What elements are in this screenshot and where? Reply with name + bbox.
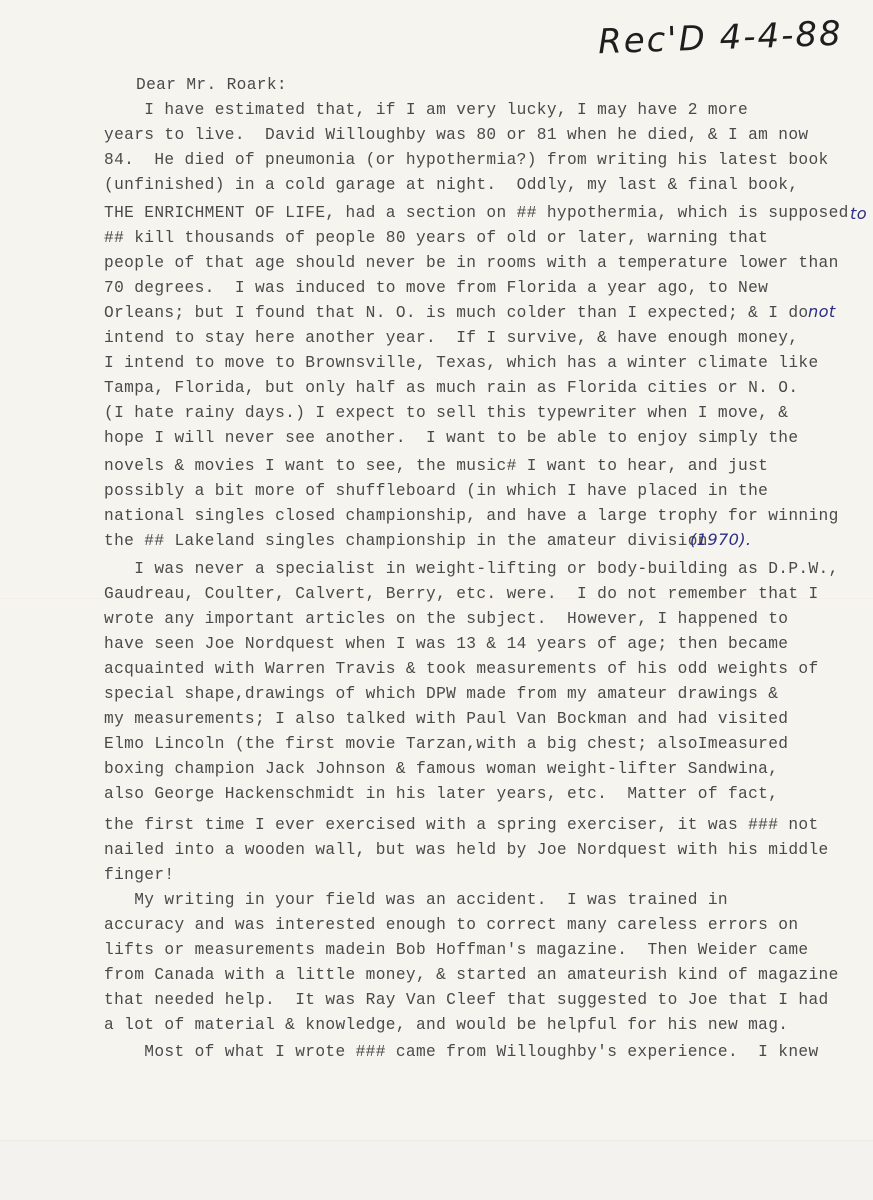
body-line: ## kill thousands of people 80 years of … [104, 229, 768, 247]
body-line: special shape,drawings of which DPW made… [104, 685, 778, 703]
body-line: the ## Lakeland singles championship in … [104, 532, 708, 550]
received-stamp: Rec'D 4-4-88 [597, 14, 843, 63]
body-line: 84. He died of pneumonia (or hypothermia… [104, 151, 829, 169]
body-line: Orleans; but I found that N. O. is much … [104, 304, 809, 322]
body-line: finger! [104, 866, 174, 884]
body-line: possibly a bit more of shuffleboard (in … [104, 482, 768, 500]
body-line: My writing in your field was an accident… [104, 891, 728, 909]
body-line: lifts or measurements madein Bob Hoffman… [104, 941, 809, 959]
body-line: Tampa, Florida, but only half as much ra… [104, 379, 798, 397]
body-line: Most of what I wrote ### came from Willo… [104, 1043, 819, 1061]
paper-lower-fold [0, 1140, 873, 1200]
handwritten-insertion: (1970). [690, 530, 751, 549]
body-line: have seen Joe Nordquest when I was 13 & … [104, 635, 788, 653]
body-line: novels & movies I want to see, the music… [104, 457, 768, 475]
body-line: nailed into a wooden wall, but was held … [104, 841, 829, 859]
body-line: also George Hackenschmidt in his later y… [104, 785, 778, 803]
salutation: Dear Mr. Roark: [136, 76, 287, 94]
body-line: from Canada with a little money, & start… [104, 966, 839, 984]
body-line: a lot of material & knowledge, and would… [104, 1016, 788, 1034]
body-line: years to live. David Willoughby was 80 o… [104, 126, 809, 144]
body-line: accuracy and was interested enough to co… [104, 916, 798, 934]
handwritten-insertion: to [850, 204, 867, 223]
body-line: 70 degrees. I was induced to move from F… [104, 279, 768, 297]
body-line: my measurements; I also talked with Paul… [104, 710, 788, 728]
body-line: Gaudreau, Coulter, Calvert, Berry, etc. … [104, 585, 819, 603]
body-line: that needed help. It was Ray Van Cleef t… [104, 991, 829, 1009]
body-line: (unfinished) in a cold garage at night. … [104, 176, 798, 194]
body-line: acquainted with Warren Travis & took mea… [104, 660, 819, 678]
body-line: people of that age should never be in ro… [104, 254, 839, 272]
body-line: (I hate rainy days.) I expect to sell th… [104, 404, 788, 422]
body-line: THE ENRICHMENT OF LIFE, had a section on… [104, 204, 849, 222]
body-line: Elmo Lincoln (the first movie Tarzan,wit… [104, 735, 788, 753]
body-line: wrote any important articles on the subj… [104, 610, 788, 628]
body-line: boxing champion Jack Johnson & famous wo… [104, 760, 778, 778]
body-line: I have estimated that, if I am very luck… [104, 101, 748, 119]
body-line: the first time I ever exercised with a s… [104, 816, 819, 834]
handwritten-insertion: not [808, 302, 836, 321]
body-line: I was never a specialist in weight-lifti… [104, 560, 839, 578]
body-line: hope I will never see another. I want to… [104, 429, 798, 447]
body-line: I intend to move to Brownsville, Texas, … [104, 354, 819, 372]
body-line: national singles closed championship, an… [104, 507, 839, 525]
body-line: intend to stay here another year. If I s… [104, 329, 798, 347]
